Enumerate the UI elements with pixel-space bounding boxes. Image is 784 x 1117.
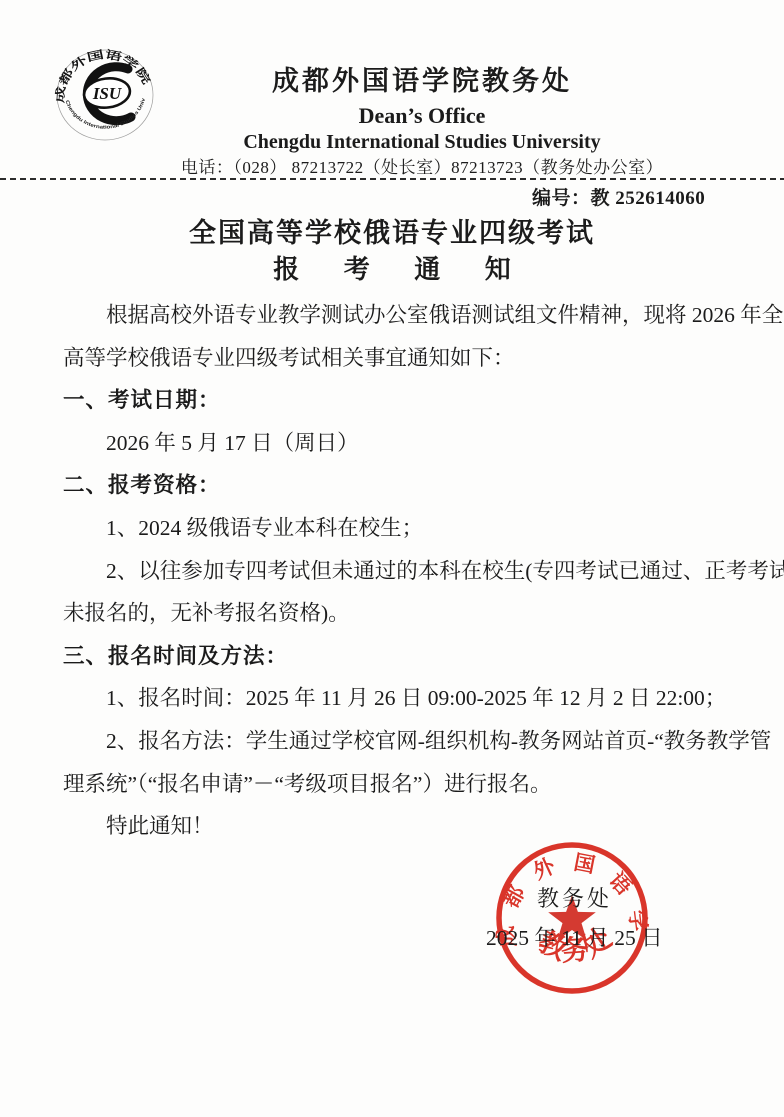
body-line: 2、以往参加专四考试但未通过的本科在校生(专四考试已通过、正考考试 bbox=[63, 550, 725, 593]
letterhead: 成都外国语学院教务处 Dean’s Office Chengdu Interna… bbox=[130, 64, 714, 179]
section-heading-eligibility: 二、报考资格： bbox=[63, 464, 725, 507]
official-stamp: 成都外国语学院 教务处 bbox=[492, 838, 652, 998]
logo-isu-text: ISU bbox=[92, 84, 122, 103]
phone-line: 电话：（028） 87213722（处长室）87213723（教务处办公室） bbox=[130, 157, 714, 179]
body-line: 2、报名方法：学生通过学校官网-组织机构-教务网站首页-“教务教学管 bbox=[63, 720, 725, 763]
notice-body: 根据高校外语专业教学测试办公室俄语测试组文件精神，现将 2026 年全国 高等学… bbox=[63, 294, 725, 848]
signature-office: 教务处 bbox=[537, 882, 612, 913]
body-line: 未报名的，无补考报名资格)。 bbox=[63, 592, 725, 635]
doc-number: 编号：教 252614060 bbox=[532, 183, 705, 210]
dashed-separator-line bbox=[0, 178, 784, 180]
body-line: 1、报名时间：2025 年 11 月 26 日 09:00-2025 年 12 … bbox=[63, 677, 725, 720]
notice-subtitle: 报 考 通 知 bbox=[14, 249, 784, 286]
signature-date: 2025 年 11 月 25 日 bbox=[486, 921, 663, 952]
notice-title: 全国高等学校俄语专业四级考试 bbox=[0, 211, 784, 250]
body-line: 2026 年 5 月 17 日（周日） bbox=[63, 422, 725, 465]
body-line: 根据高校外语专业教学测试办公室俄语测试组文件精神，现将 2026 年全国 bbox=[63, 294, 725, 337]
body-line: 理系统”（“报名申请”－“考级项目报名”）进行报名。 bbox=[63, 763, 725, 806]
section-heading-registration: 三、报名时间及方法： bbox=[63, 635, 725, 678]
university-name-en: Chengdu International Studies University bbox=[130, 130, 714, 154]
body-line: 1、2024 级俄语专业本科在校生； bbox=[63, 507, 725, 550]
org-name-cn: 成都外国语学院教务处 bbox=[130, 64, 714, 98]
body-line: 高等学校俄语专业四级考试相关事宜通知如下： bbox=[63, 337, 725, 380]
notice-document-page: 成都外国语学院 ISU Chengdu International Studie… bbox=[0, 0, 784, 1117]
org-name-en: Dean’s Office bbox=[130, 102, 714, 129]
section-heading-exam-date: 一、考试日期： bbox=[63, 379, 725, 422]
